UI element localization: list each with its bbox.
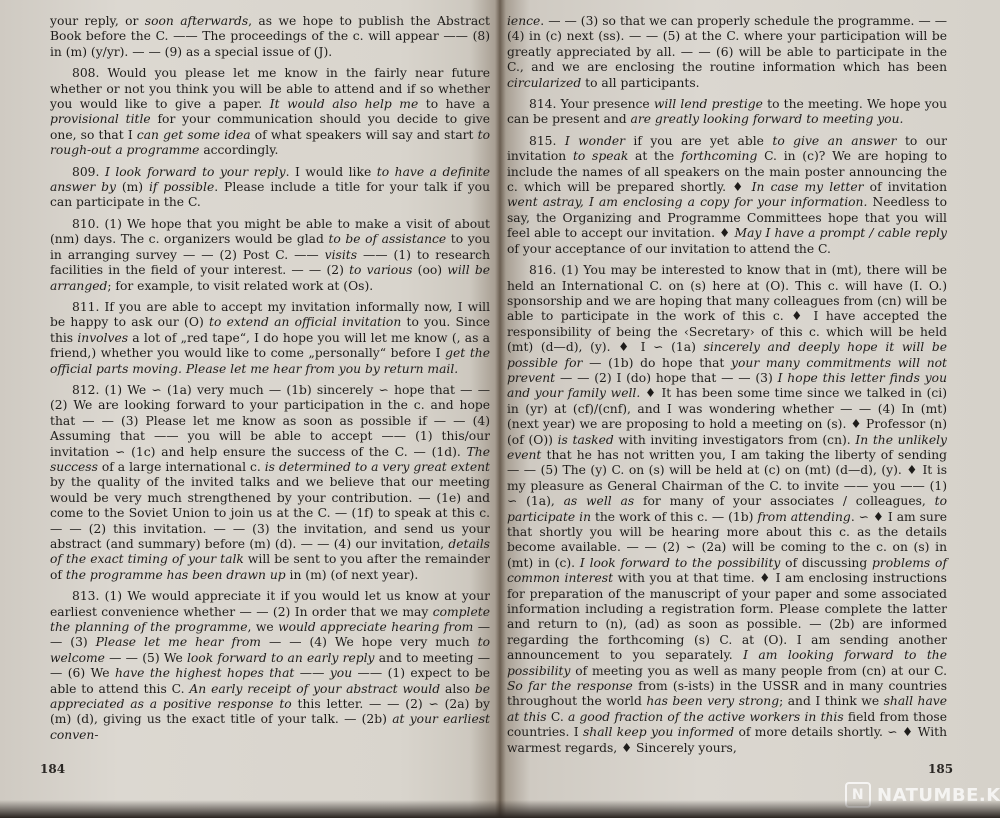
italic-phrase: has been very strong bbox=[646, 694, 779, 708]
text-run: in (m) (of next year). bbox=[286, 568, 419, 582]
italic-phrase: forthcoming bbox=[681, 149, 757, 163]
text-run: — — (2) I (do) hope that — — (3) bbox=[555, 371, 777, 385]
text-run: ; and I think we bbox=[779, 694, 884, 708]
italic-phrase: ience bbox=[507, 14, 540, 28]
italic-phrase: can get some idea bbox=[137, 128, 251, 142]
watermark-logo-icon: N bbox=[845, 782, 871, 808]
italic-phrase: So far the response bbox=[507, 679, 633, 693]
watermark: N NATUMBE.KZ bbox=[845, 782, 1000, 808]
italic-phrase: provisional title bbox=[50, 112, 151, 126]
paragraph: 809. I look forward to your reply. I wou… bbox=[50, 165, 490, 211]
italic-phrase: I look forward to your reply bbox=[105, 165, 286, 179]
paragraph: 811. If you are able to accept my invita… bbox=[50, 300, 490, 377]
paragraph: 808. Would you please let me know in the… bbox=[50, 66, 490, 158]
text-run: 812. (1) We ∽ (1a) very much — (1b) sinc… bbox=[50, 383, 490, 459]
italic-phrase: from attending bbox=[757, 510, 850, 524]
text-run: of discussing bbox=[780, 556, 872, 570]
italic-phrase: May I have a prompt / cable reply bbox=[735, 226, 947, 240]
book-spread: your reply, or soon afterwards, as we ho… bbox=[0, 0, 1000, 818]
text-run: , we bbox=[248, 620, 279, 634]
italic-phrase: the programme has been drawn up bbox=[66, 568, 286, 582]
italic-phrase: In case my letter bbox=[752, 180, 864, 194]
italic-phrase: to speak bbox=[573, 149, 628, 163]
paragraph: 816. (1) You may be interested to know t… bbox=[507, 263, 947, 756]
italic-phrase: involves bbox=[77, 331, 128, 345]
text-run: to have a bbox=[418, 97, 490, 111]
text-run: C. bbox=[547, 710, 568, 724]
text-run: to all participants. bbox=[581, 76, 699, 90]
text-run: for many of your associates / colleagues… bbox=[634, 494, 934, 508]
italic-phrase: a good fraction of the active workers in… bbox=[568, 710, 844, 724]
italic-phrase: shall keep you informed bbox=[583, 725, 734, 739]
italic-phrase: is tasked bbox=[558, 433, 614, 447]
text-run: of what speakers will say and start bbox=[251, 128, 478, 142]
italic-phrase: It would also help me bbox=[270, 97, 419, 111]
text-run: the work of this c. — (1b) bbox=[591, 510, 757, 524]
italic-phrase: I look forward to the possibility bbox=[580, 556, 780, 570]
right-page-number: 185 bbox=[928, 762, 953, 776]
italic-phrase: circularized bbox=[507, 76, 581, 90]
italic-phrase: I wonder bbox=[565, 134, 625, 148]
left-page-number: 184 bbox=[40, 762, 65, 776]
italic-phrase: as well as bbox=[564, 494, 635, 508]
text-run: 815. bbox=[529, 134, 565, 148]
paragraph: 814. Your presence will lend prestige to… bbox=[507, 97, 947, 128]
text-run: ; for example, to visit related work at … bbox=[107, 279, 373, 293]
text-run: 813. (1) We would appreciate it if you w… bbox=[50, 589, 490, 618]
italic-phrase: to be of assistance bbox=[328, 232, 446, 246]
italic-phrase: is determined to a very great extent bbox=[265, 460, 490, 474]
italic-phrase: are greatly looking forward to meeting y… bbox=[631, 112, 904, 126]
text-run: (oo) bbox=[412, 263, 447, 277]
italic-phrase: went astray, I am enclosing a copy for y… bbox=[507, 195, 867, 209]
italic-phrase: Please let me hear from bbox=[96, 635, 261, 649]
text-run: — — (4) We hope very much bbox=[261, 635, 478, 649]
italic-phrase: if possible bbox=[149, 180, 214, 194]
text-run: —— bbox=[294, 666, 329, 680]
italic-phrase: have the highest hopes that bbox=[115, 666, 294, 680]
text-run: (m) bbox=[116, 180, 149, 194]
italic-phrase: to give an answer bbox=[772, 134, 896, 148]
paragraph: ience. — — (3) so that we can properly s… bbox=[507, 14, 947, 91]
text-run: of your acceptance of our invitation to … bbox=[507, 242, 831, 256]
paragraph: your reply, or soon afterwards, as we ho… bbox=[50, 14, 490, 60]
paragraph: 815. I wonder if you are yet able to giv… bbox=[507, 134, 947, 257]
italic-phrase: soon afterwards bbox=[145, 14, 248, 28]
italic-phrase: to extend an official invitation bbox=[209, 315, 401, 329]
italic-phrase: you bbox=[330, 666, 352, 680]
watermark-text: NATUMBE.KZ bbox=[877, 785, 1000, 806]
text-run: if you are yet able bbox=[625, 134, 772, 148]
italic-phrase: would appreciate hearing from bbox=[278, 620, 473, 634]
text-run: . I would like bbox=[286, 165, 377, 179]
italic-phrase: An early receipt of your abstract would bbox=[189, 682, 440, 696]
text-run: of invitation bbox=[864, 180, 947, 194]
text-run: also bbox=[440, 682, 475, 696]
paragraph: 810. (1) We hope that you might be able … bbox=[50, 217, 490, 294]
text-run: your reply, or bbox=[50, 14, 145, 28]
text-run: of meeting you as well as many people fr… bbox=[570, 664, 947, 678]
italic-phrase: will lend prestige bbox=[654, 97, 763, 111]
text-run: 809. bbox=[72, 165, 105, 179]
italic-phrase: visits bbox=[325, 248, 357, 262]
text-run: by the quality of the invited talks and … bbox=[50, 475, 490, 551]
paragraph: 812. (1) We ∽ (1a) very much — (1b) sinc… bbox=[50, 383, 490, 583]
text-run: . — — (3) so that we can properly schedu… bbox=[507, 14, 947, 74]
text-run: — (1b) do hope that bbox=[582, 356, 731, 370]
right-page: ience. — — (3) so that we can properly s… bbox=[507, 14, 947, 762]
text-run: with inviting investigators from (cn). bbox=[614, 433, 856, 447]
text-run: at the bbox=[628, 149, 681, 163]
left-page: your reply, or soon afterwards, as we ho… bbox=[50, 14, 490, 749]
text-run: accordingly. bbox=[199, 143, 278, 157]
paragraph: 813. (1) We would appreciate it if you w… bbox=[50, 589, 490, 743]
text-run: of a large international c. bbox=[98, 460, 265, 474]
italic-phrase: look forward to an early reply bbox=[187, 651, 375, 665]
italic-phrase: to various bbox=[349, 263, 412, 277]
text-run: — — (5) We bbox=[105, 651, 187, 665]
text-run: 814. Your presence bbox=[529, 97, 654, 111]
